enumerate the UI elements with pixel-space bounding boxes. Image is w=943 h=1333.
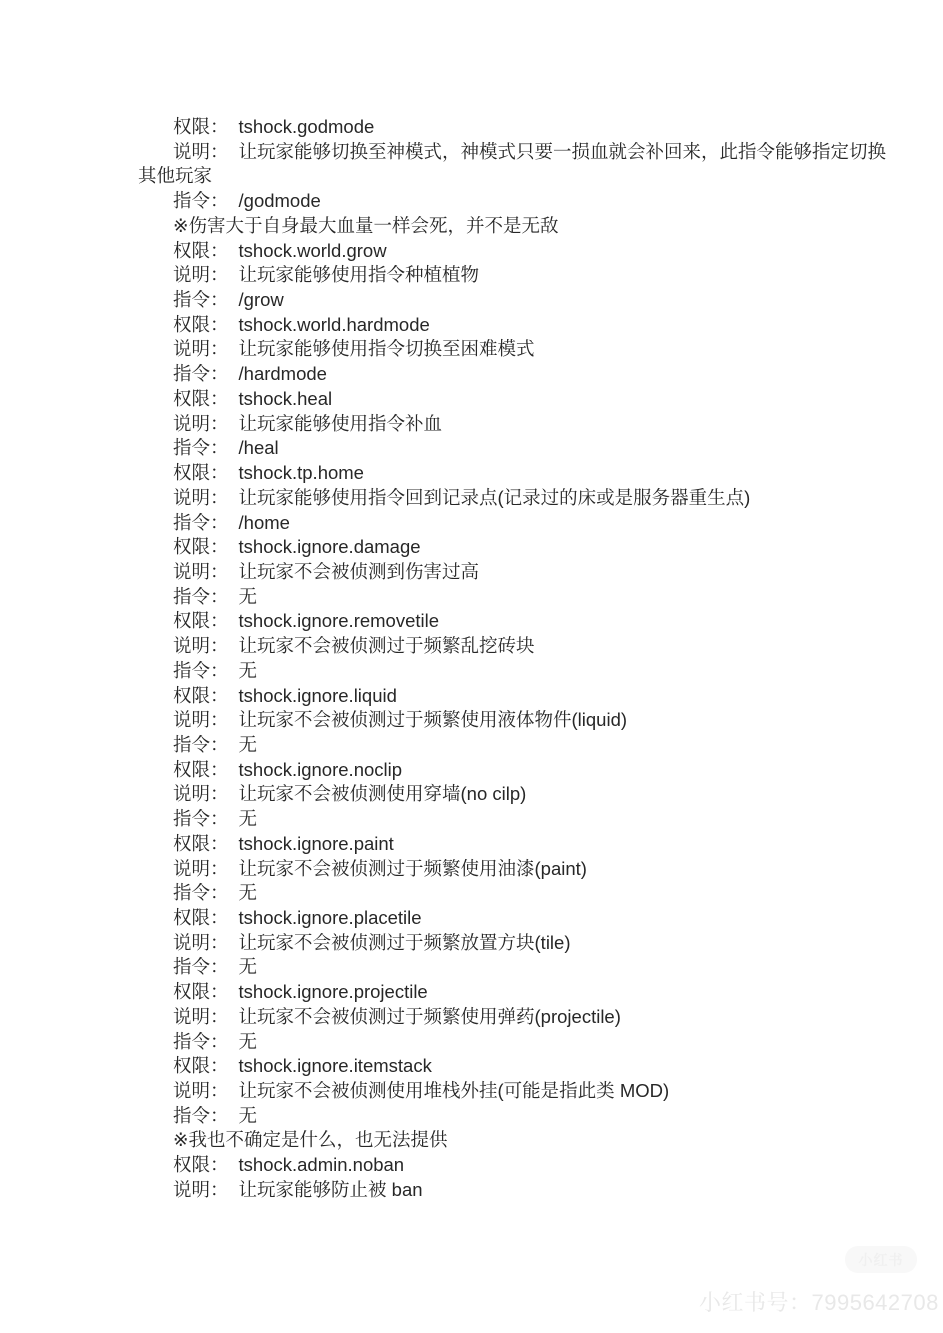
doc-line: 说明：让玩家能够切换至神模式，神模式只要一损血就会补回来，此指令能够指定切换 [138,140,923,165]
doc-line: 说明：让玩家不会被侦测使用穿墙(no cilp) [138,782,923,807]
field-label: 权限： [173,610,229,631]
doc-line: 说明：让玩家不会被侦测过于频繁使用液体物件(liquid) [138,708,923,733]
doc-line: 指令：无 [138,955,923,980]
field-value: 无 [239,734,258,755]
field-value: tshock.ignore.placetile [239,907,422,928]
field-value: 无 [239,660,258,681]
doc-line: 指令：无 [138,733,923,758]
doc-line: 说明：让玩家能够防止被 ban [138,1178,923,1203]
doc-line: 权限：tshock.admin.noban [138,1153,923,1178]
field-value: 让玩家不会被侦测到伤害过高 [239,561,480,582]
doc-line: 指令：/grow [138,288,923,313]
doc-line: 权限：tshock.ignore.noclip [138,758,923,783]
field-label: 指令： [173,808,229,829]
doc-line: 说明：让玩家能够使用指令补血 [138,412,923,437]
doc-line: 权限：tshock.ignore.projectile [138,980,923,1005]
doc-line: 权限：tshock.heal [138,387,923,412]
document-page: 权限：tshock.godmode说明：让玩家能够切换至神模式，神模式只要一损血… [0,0,943,1333]
doc-line: 说明：让玩家不会被侦测过于频繁使用弹药(projectile) [138,1005,923,1030]
doc-line: 指令：无 [138,1104,923,1129]
field-label: 指令： [173,289,229,310]
document-body: 权限：tshock.godmode说明：让玩家能够切换至神模式，神模式只要一损血… [138,115,923,1203]
field-label: 权限： [173,759,229,780]
field-value: tshock.ignore.damage [239,536,421,557]
doc-line: 说明：让玩家能够使用指令切换至困难模式 [138,337,923,362]
field-value: 让玩家不会被侦测过于频繁使用弹药(projectile) [239,1006,621,1027]
field-label: 权限： [173,833,229,854]
field-label: 权限： [173,685,229,706]
field-label: 指令： [173,1105,229,1126]
field-label: 指令： [173,660,229,681]
field-label: 权限： [173,907,229,928]
doc-line: 指令：/hardmode [138,362,923,387]
doc-line: 权限：tshock.world.grow [138,239,923,264]
field-label: 说明： [173,932,229,953]
field-value: tshock.tp.home [239,462,364,483]
field-label: 说明： [173,561,229,582]
doc-line: ※伤害大于自身最大血量一样会死，并不是无敌 [138,214,923,239]
field-value: /home [239,512,290,533]
field-label: 权限： [173,1055,229,1076]
field-label: 说明： [173,858,229,879]
doc-line: 说明：让玩家不会被侦测到伤害过高 [138,560,923,585]
field-value: tshock.ignore.removetile [239,610,440,631]
field-value: 其他玩家 [138,165,212,186]
doc-line: ※我也不确定是什么，也无法提供 [138,1128,923,1153]
doc-line: 指令：无 [138,1030,923,1055]
doc-line: 指令：无 [138,807,923,832]
field-value: 让玩家不会被侦测使用穿墙(no cilp) [239,783,527,804]
field-value: tshock.ignore.projectile [239,981,428,1002]
doc-line: 权限：tshock.godmode [138,115,923,140]
field-value: 让玩家不会被侦测过于频繁放置方块(tile) [239,932,571,953]
field-label: 说明： [173,1006,229,1027]
doc-line: 指令：无 [138,659,923,684]
field-value: 让玩家不会被侦测使用堆栈外挂(可能是指此类 MOD) [239,1080,670,1101]
field-value: 让玩家能够使用指令切换至困难模式 [239,338,535,359]
doc-line: 权限：tshock.ignore.paint [138,832,923,857]
field-label: 权限： [173,240,229,261]
doc-line: 权限：tshock.ignore.itemstack [138,1054,923,1079]
field-value: 无 [239,882,258,903]
field-value: 让玩家能够使用指令种植植物 [239,264,480,285]
field-value: tshock.admin.noban [239,1154,405,1175]
field-label: 说明： [173,338,229,359]
field-label: 指令： [173,512,229,533]
field-value: tshock.godmode [239,116,375,137]
doc-line: 说明：让玩家不会被侦测使用堆栈外挂(可能是指此类 MOD) [138,1079,923,1104]
field-label: 指令： [173,956,229,977]
field-label: 说明： [173,709,229,730]
field-label: 权限： [173,1154,229,1175]
field-label: 权限： [173,314,229,335]
field-label: 权限： [173,388,229,409]
field-value: tshock.heal [239,388,333,409]
field-value: /heal [239,437,279,458]
field-value: 无 [239,1031,258,1052]
field-label: 指令： [173,586,229,607]
xiaohongshu-logo-watermark: 小红书 [845,1246,917,1273]
field-label: 说明： [173,783,229,804]
field-value: 让玩家能够防止被 ban [239,1179,423,1200]
doc-line: 权限：tshock.ignore.removetile [138,609,923,634]
field-value: tshock.ignore.liquid [239,685,397,706]
field-label: 指令： [173,190,229,211]
field-value: 让玩家不会被侦测过于频繁乱挖砖块 [239,635,535,656]
field-label: 权限： [173,462,229,483]
field-label: 权限： [173,116,229,137]
field-value: 无 [239,956,258,977]
field-value: 无 [239,586,258,607]
field-label: 说明： [173,1179,229,1200]
field-value: 让玩家不会被侦测过于频繁使用液体物件(liquid) [239,709,628,730]
field-label: 指令： [173,882,229,903]
field-label: 权限： [173,536,229,557]
doc-line: 说明：让玩家能够使用指令回到记录点(记录过的床或是服务器重生点) [138,486,923,511]
field-label: 说明： [173,141,229,162]
field-label: 权限： [173,981,229,1002]
doc-line: 指令：无 [138,881,923,906]
xiaohongshu-logo-text: 小红书 [859,1250,904,1270]
field-value: 让玩家能够使用指令补血 [239,413,443,434]
field-label: 说明： [173,413,229,434]
xiaohongshu-account-watermark: 小红书号：7995642708 [699,1286,939,1317]
field-value: 无 [239,1105,258,1126]
field-label: 指令： [173,363,229,384]
doc-line: 指令：/home [138,511,923,536]
doc-line: 指令：无 [138,585,923,610]
field-value: tshock.world.grow [239,240,387,261]
doc-line: 说明：让玩家不会被侦测过于频繁放置方块(tile) [138,931,923,956]
field-label: 指令： [173,437,229,458]
field-value: 让玩家不会被侦测过于频繁使用油漆(paint) [239,858,587,879]
doc-line: 其他玩家 [138,164,923,189]
field-value: tshock.ignore.itemstack [239,1055,432,1076]
field-label: 说明： [173,1080,229,1101]
field-label: 说明： [173,635,229,656]
field-value: /hardmode [239,363,327,384]
field-value: 让玩家能够切换至神模式，神模式只要一损血就会补回来，此指令能够指定切换 [239,141,887,162]
field-label: 说明： [173,264,229,285]
field-value: tshock.ignore.noclip [239,759,403,780]
doc-line: 权限：tshock.ignore.placetile [138,906,923,931]
field-value: 无 [239,808,258,829]
field-value: /grow [239,289,284,310]
doc-line: 指令：/heal [138,436,923,461]
doc-line: 权限：tshock.tp.home [138,461,923,486]
doc-line: 说明：让玩家不会被侦测过于频繁使用油漆(paint) [138,857,923,882]
doc-line: 指令：/godmode [138,189,923,214]
field-label: 指令： [173,734,229,755]
doc-line: 权限：tshock.world.hardmode [138,313,923,338]
field-value: tshock.world.hardmode [239,314,430,335]
field-value: /godmode [239,190,321,211]
doc-line: 权限：tshock.ignore.liquid [138,684,923,709]
doc-line: 说明：让玩家能够使用指令种植植物 [138,263,923,288]
field-value: tshock.ignore.paint [239,833,394,854]
field-value: ※我也不确定是什么，也无法提供 [173,1129,448,1150]
field-value: 让玩家能够使用指令回到记录点(记录过的床或是服务器重生点) [239,487,751,508]
field-value: ※伤害大于自身最大血量一样会死，并不是无敌 [173,215,559,236]
doc-line: 权限：tshock.ignore.damage [138,535,923,560]
doc-line: 说明：让玩家不会被侦测过于频繁乱挖砖块 [138,634,923,659]
field-label: 指令： [173,1031,229,1052]
field-label: 说明： [173,487,229,508]
